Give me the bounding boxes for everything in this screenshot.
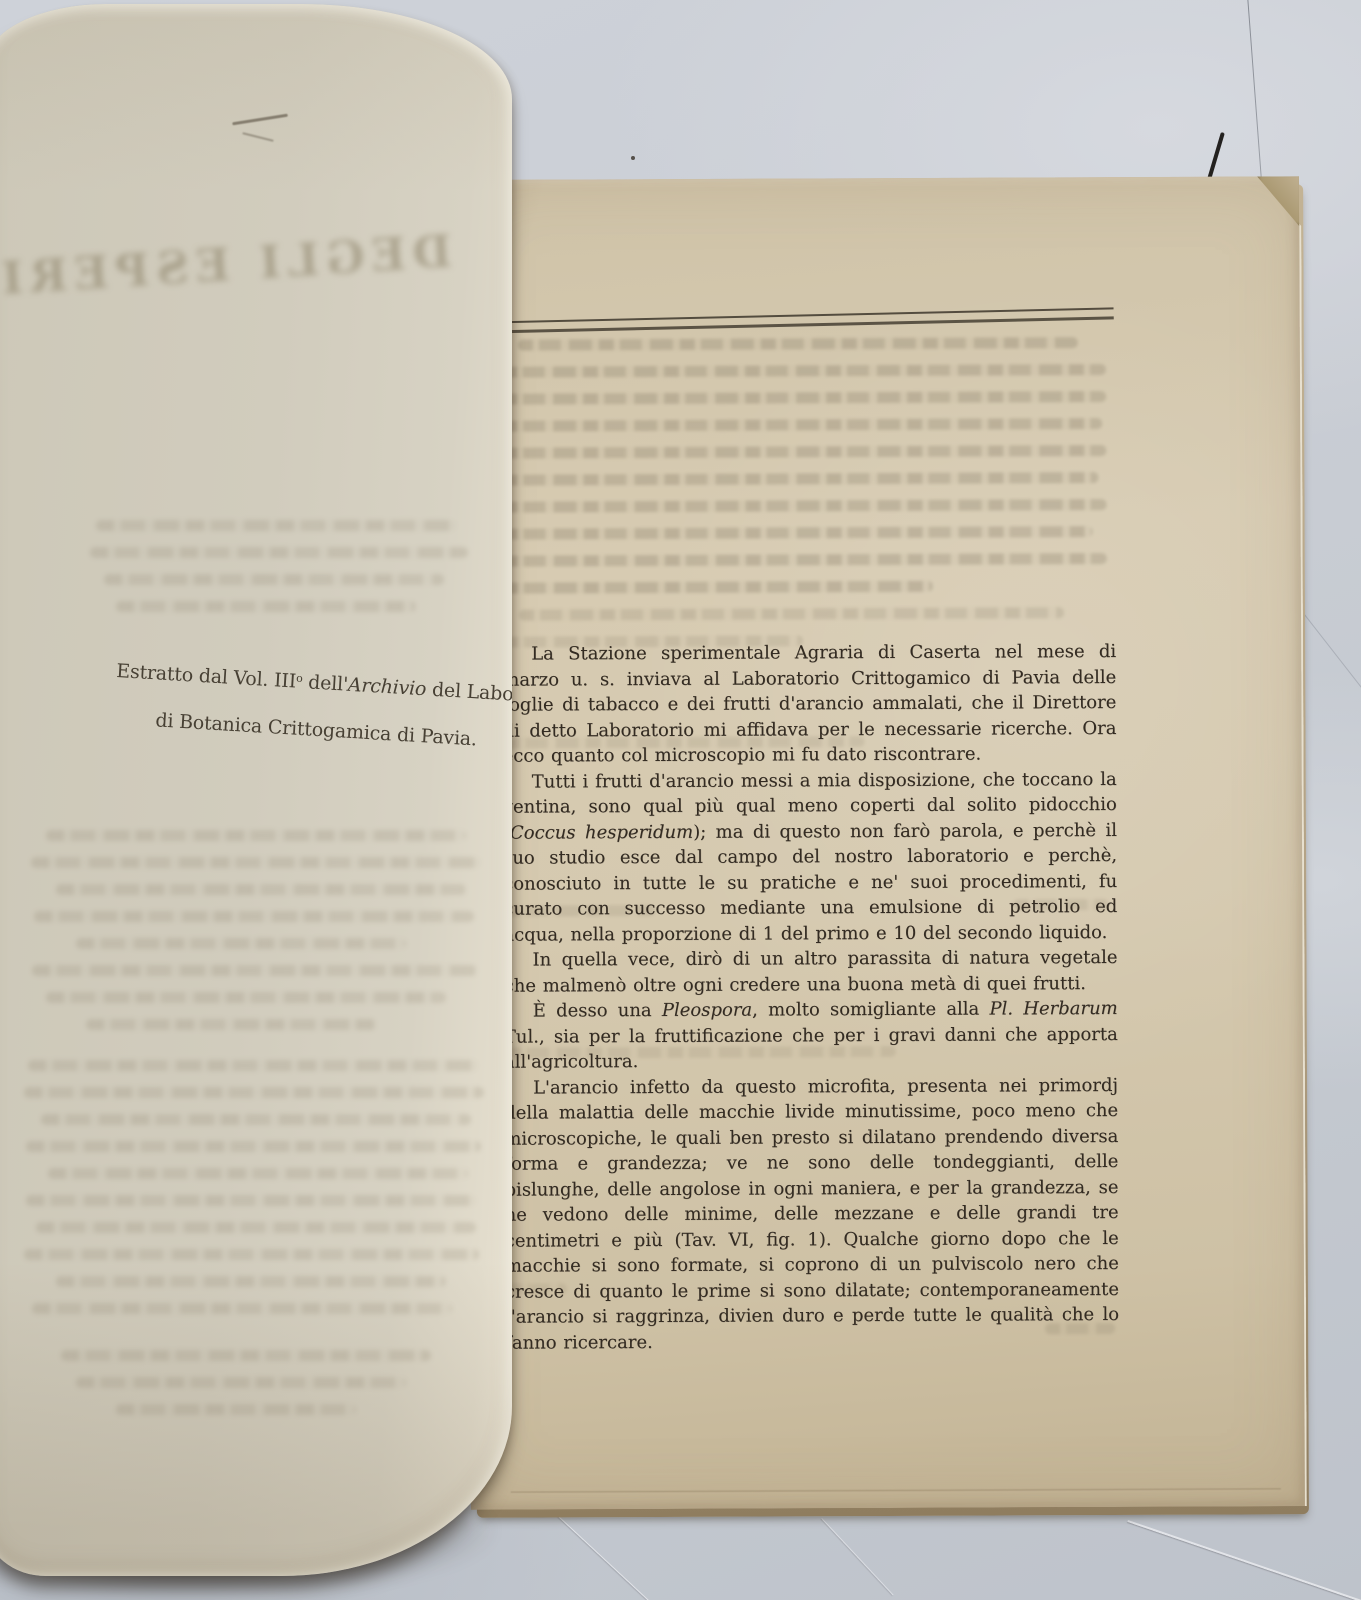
page-crease (511, 1488, 1281, 1492)
ink-scribble (242, 132, 274, 142)
scratch-mark (1299, 608, 1361, 689)
paragraph: In quella vece, dirò di un altro parassi… (503, 945, 1117, 999)
photo-of-open-booklet: La Stazione sperimentale Agraria di Case… (0, 0, 1361, 1600)
right-page: La Stazione sperimentale Agraria di Case… (465, 176, 1305, 1510)
imprint-text: Estratto dal Vol. IIIo dell'Archivio del… (112, 644, 512, 767)
pen-mark (1206, 132, 1224, 183)
paragraph: Tutti i frutti d'arancio messi a mia dis… (503, 766, 1118, 947)
ghost-mirrored-title: DEGLI ESPERIDI (71, 224, 454, 300)
dust-speck (631, 156, 635, 160)
ink-scribble (232, 114, 288, 125)
ghost-text-block (465, 176, 1299, 180)
right-page-paper: La Stazione sperimentale Agraria di Case… (465, 176, 1307, 1510)
scratch-mark (821, 1518, 894, 1596)
scratch-mark (1128, 1520, 1361, 1600)
scratch-mark (547, 1506, 649, 1600)
double-rule (502, 307, 1114, 333)
body-text: La Stazione sperimentale Agraria di Case… (502, 639, 1119, 1356)
paragraph: È desso una Pleospora, molto somigliante… (504, 996, 1118, 1075)
paragraph: La Stazione sperimentale Agraria di Case… (502, 639, 1117, 769)
paragraph: L'arancio infetto da questo microfita, p… (504, 1072, 1119, 1355)
left-page-paper: DEGLI ESPERIDI (0, 4, 512, 1576)
